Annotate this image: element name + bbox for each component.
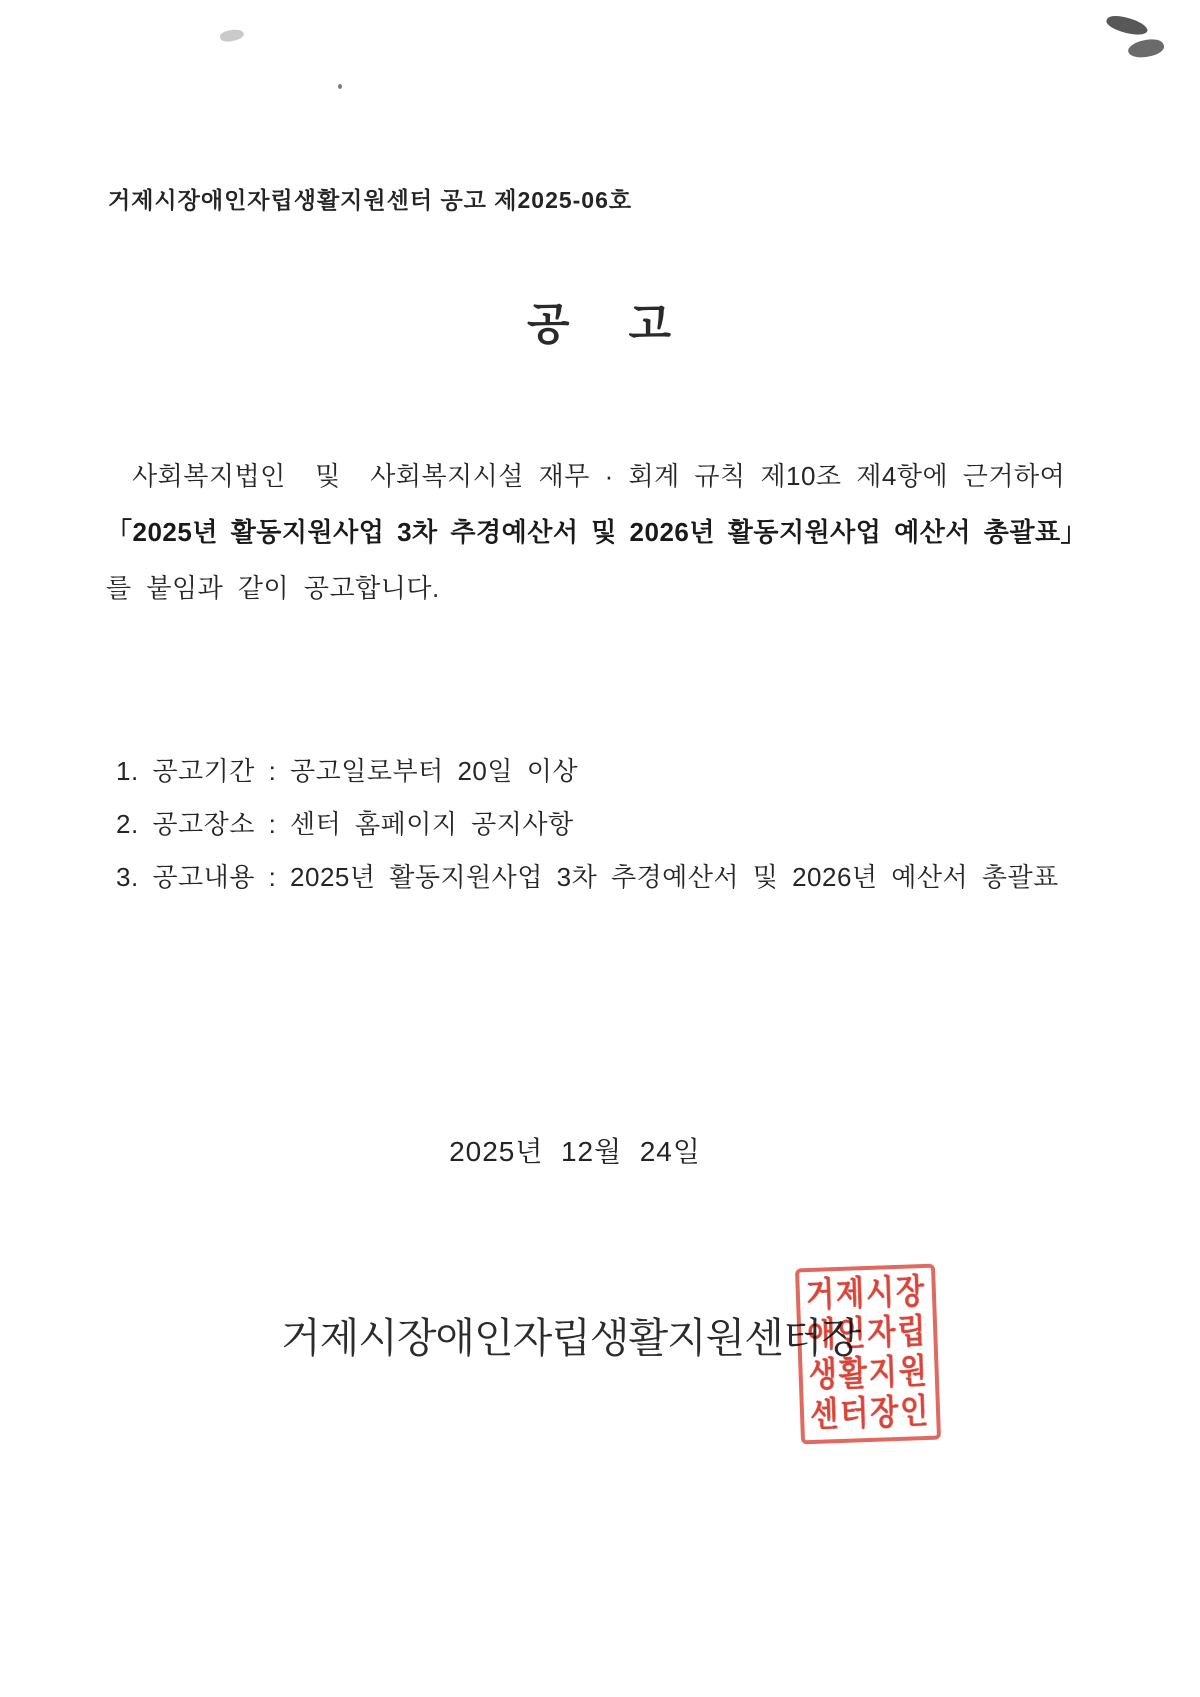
seal-row-3: 생활지원 (808, 1355, 929, 1393)
list-item-content: 3. 공고내용 : 2025년 활동지원사업 3차 추경예산서 및 2026년 … (116, 862, 1116, 892)
body-line-1: 사회복지법인 및 사회복지시설 재무 · 회계 규칙 제10조 제4항에 근거하… (106, 448, 1110, 504)
official-seal-stamp: 거제시장 애인자립 생활지원 센터장인 (795, 1264, 941, 1445)
list-item-period: 1. 공고기간 : 공고일로부터 20일 이상 (116, 756, 1116, 786)
document-page: 거제시장애인자립생활지원센터 공고 제2025-06호 공 고 사회복지법인 및… (0, 0, 1200, 1697)
scan-artifact-top-right-2 (1126, 36, 1165, 61)
notice-list: 1. 공고기간 : 공고일로부터 20일 이상 2. 공고장소 : 센터 홈페이… (116, 756, 1116, 915)
scan-artifact-dot (338, 84, 342, 89)
seal-row-1: 거제시장 (805, 1275, 926, 1313)
body-line-2: 「2025년 활동지원사업 3차 추경예산서 및 2026년 활동지원사업 예산… (106, 504, 1110, 560)
scan-artifact-top-left (219, 28, 245, 44)
doc-number: 거제시장애인자립생활지원센터 공고 제2025-06호 (108, 182, 632, 215)
seal-row-2: 애인자립 (807, 1315, 928, 1353)
notice-body: 사회복지법인 및 사회복지시설 재무 · 회계 규칙 제10조 제4항에 근거하… (106, 448, 1110, 616)
seal-row-4: 센터장인 (810, 1395, 931, 1433)
scan-artifact-top-right-1 (1105, 12, 1150, 39)
date-line: 2025년 12월 24일 (0, 1130, 1150, 1170)
list-item-place: 2. 공고장소 : 센터 홈페이지 공지사항 (116, 809, 1116, 839)
body-line-3: 를 붙임과 같이 공고합니다. (106, 560, 1110, 616)
signature-title: 거제시장애인자립생활지원센터장 (281, 1305, 860, 1364)
notice-title: 공 고 (0, 288, 1200, 352)
